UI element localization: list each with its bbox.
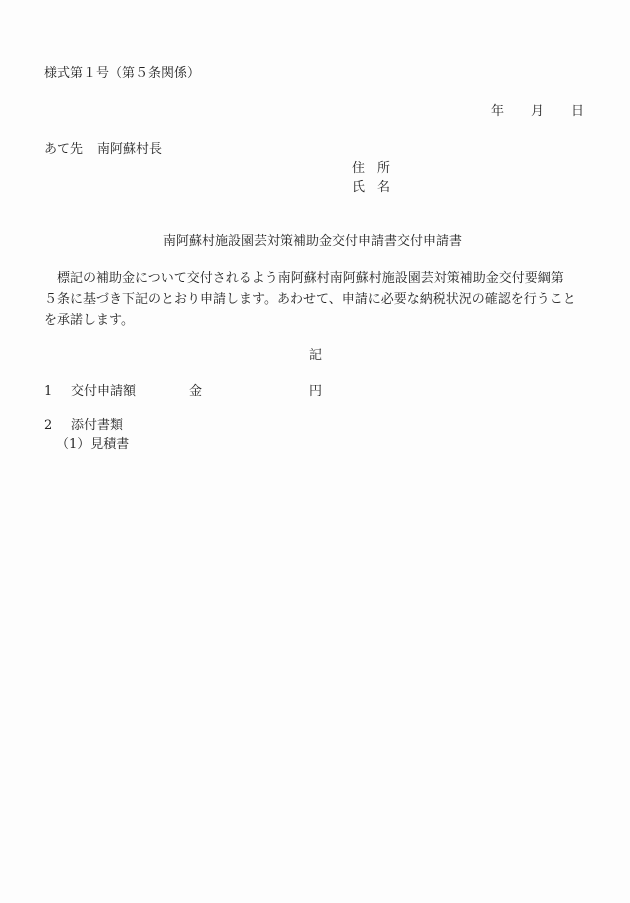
date-month-label: 月	[531, 104, 571, 120]
date-line: 年月日	[491, 104, 584, 120]
amount-prefix: 金	[189, 384, 309, 400]
body-paragraph: 標記の補助金について交付されるよう南阿蘇村南阿蘇村施設園芸対策補助金交付要綱第 …	[44, 268, 590, 331]
applicant-block: 住所 氏名	[352, 161, 390, 199]
address-label-1: 住	[352, 161, 377, 177]
addressee-prefix: あて先	[44, 142, 83, 157]
addressee: あて先南阿蘇村長	[44, 142, 162, 158]
body-line-3: を承諾します。	[44, 310, 590, 331]
body-line-2: ５条に基づき下記のとおり申請します。あわせて、申請に必要な納税状況の確認を行うこ…	[44, 289, 590, 310]
item-attachments: 2添付書類	[44, 418, 123, 434]
form-number: 様式第１号（第５条関係）	[44, 66, 200, 82]
item-number: 1	[44, 384, 71, 400]
date-day-label: 日	[571, 104, 584, 120]
address-label-2: 所	[377, 161, 390, 176]
item-label: 添付書類	[71, 418, 123, 433]
item-label: 交付申請額	[71, 384, 189, 400]
document-title: 南阿蘇村施設園芸対策補助金交付申請書交付申請書	[163, 234, 462, 250]
addressee-name: 南阿蘇村長	[97, 142, 162, 157]
address-field: 住所	[352, 161, 390, 180]
item-application-amount: 1交付申請額金円	[44, 384, 322, 400]
attachment-sub-item: （1）見積書	[56, 437, 129, 453]
date-year-label: 年	[491, 104, 531, 120]
name-label-1: 氏	[352, 180, 377, 196]
body-line-1: 標記の補助金について交付されるよう南阿蘇村南阿蘇村施設園芸対策補助金交付要綱第	[44, 268, 590, 289]
name-field: 氏名	[352, 180, 390, 199]
amount-suffix: 円	[309, 384, 322, 399]
name-label-2: 名	[377, 180, 390, 195]
item-number: 2	[44, 418, 71, 434]
ki-heading: 記	[309, 348, 322, 364]
